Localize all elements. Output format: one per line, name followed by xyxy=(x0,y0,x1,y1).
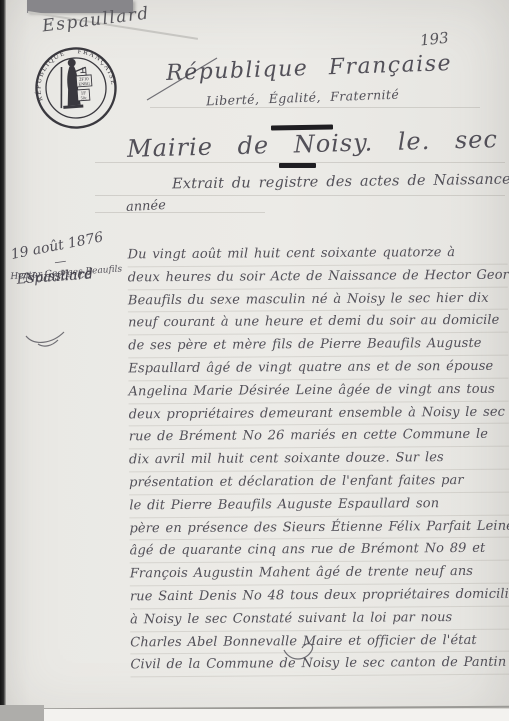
act-text-line: âgé de quarante cinq ans rue de Brémont … xyxy=(130,538,509,563)
act-text-line: de ses père et mère fils de Pierre Beauf… xyxy=(128,333,508,358)
republic-title: République Française xyxy=(166,51,453,86)
act-text-line: neuf courant à une heure et demi du soir… xyxy=(128,310,508,335)
year-label: année xyxy=(126,198,167,215)
faint-rule-line xyxy=(95,212,265,213)
scan-background-below-page xyxy=(44,709,509,721)
act-text-line: Charles Abel Bonnevalle Maire et officie… xyxy=(130,629,509,654)
act-text-line: le dit Pierre Beaufils Auguste Espaullar… xyxy=(129,492,509,517)
faint-rule-line xyxy=(95,195,505,196)
scan-left-edge xyxy=(0,0,6,721)
republic-motto: Liberté, Égalité, Fraternité xyxy=(206,87,400,109)
act-text-line: Du vingt août mil huit cent soixante qua… xyxy=(127,242,507,267)
republique-francaise-revenue-stamp-icon: RÉPUBLIQUE FRANÇAISE 2F10 ENRG 1F 50c xyxy=(30,42,122,134)
stamp-denomination-plaques: 2F10 ENRG 1F 50c xyxy=(76,75,93,101)
act-text-line: Angelina Marie Désirée Leine âgée de vin… xyxy=(128,378,508,403)
mairie-title: Mairie de Noisy. le. sec xyxy=(127,125,499,163)
stamp-value-bottom-2: 50c xyxy=(81,95,88,100)
act-text-line: rue de Brément No 26 mariés en cette Com… xyxy=(129,424,509,449)
act-text-line: à Noisy le sec Constaté suivant la loi p… xyxy=(130,606,509,631)
act-body-text: Du vingt août mil huit cent soixante qua… xyxy=(127,242,509,678)
act-text-line: Beaufils du sexe masculin né à Noisy le … xyxy=(128,287,508,312)
act-text-line: François Augustin Mahent âgé de trente n… xyxy=(130,561,509,586)
page-number: 193 xyxy=(419,29,449,50)
decorative-ink-bar-bottom xyxy=(279,163,316,168)
act-text-line: père en présence des Sieurs Étienne Féli… xyxy=(129,515,509,540)
act-text-line: présentation et déclaration de l'enfant … xyxy=(129,470,509,495)
act-text-line: dix avril mil huit cent soixante douze. … xyxy=(129,447,509,472)
faint-rule-line xyxy=(150,107,480,108)
act-text-line: deux propriétaires demeurant ensemble à … xyxy=(129,401,509,426)
act-text-line: deux heures du soir Acte de Naissance de… xyxy=(128,264,508,289)
act-text-line: Espaullard âgé de vingt quatre ans et de… xyxy=(128,356,508,381)
stamp-value-top-2: ENRG xyxy=(78,81,90,87)
act-text-line: Civil de la Commune de Noisy le sec cant… xyxy=(130,652,509,677)
scanned-birth-record-document: Espaullard 193 RÉPUBLIQUE FRANÇAISE 2F10… xyxy=(0,0,509,721)
act-text-line: rue Saint Denis No 48 tous deux propriét… xyxy=(130,584,509,609)
scan-bottom-left-corner xyxy=(0,705,44,721)
margin-note: 19 août 1876 — NaissanceEspaullardHector… xyxy=(4,236,126,351)
register-extract-title: Extrait du registre des actes de Naissan… xyxy=(172,172,509,193)
